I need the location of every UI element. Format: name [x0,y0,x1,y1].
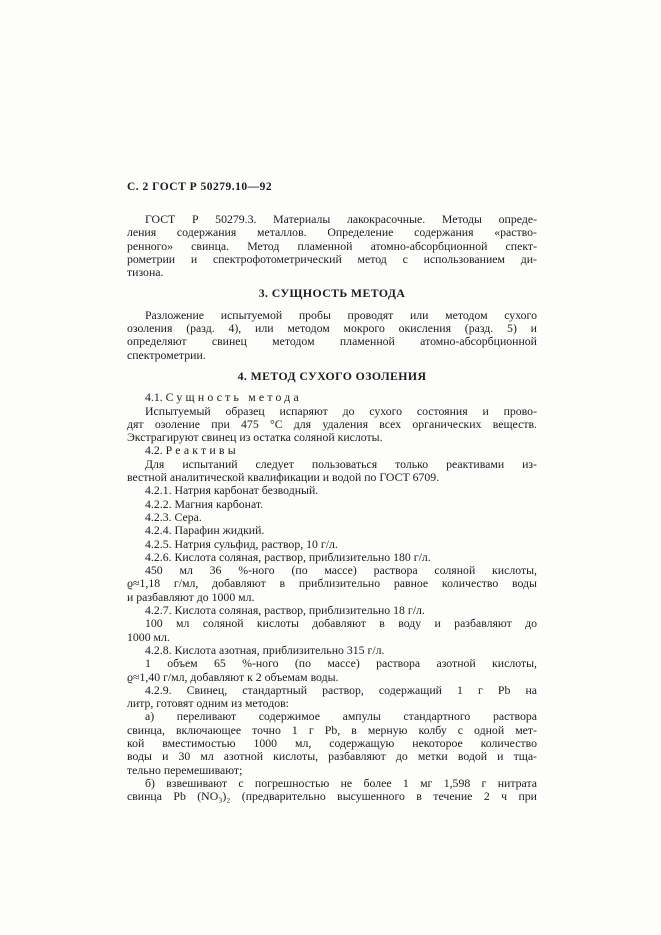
text-line: 4.2.8. Кислота азотная, приблизительно 3… [127,644,537,657]
text-line: воды и 30 мл азотной кислоты, разбавляют… [127,750,537,763]
reagent-item-423: 4.2.3. Сера. [127,511,537,524]
text-line: спектрометрии. [127,349,537,362]
section-3-body: Разложение испытуемой пробы проводят или… [127,309,537,362]
text-line: Для испытаний следует пользоваться тольк… [127,458,537,471]
clause-4-1-number: 4.1. [145,390,163,404]
scanned-document-page: { "document": { "page_header": "С. 2 ГОС… [0,0,661,935]
text-line: тельно перемешивают; [127,764,537,777]
text-line: тизона. [127,266,537,279]
text-line: ления содержания металлов. Определение с… [127,226,537,239]
reagent-note-427: 100 мл соляной кислоты добавляют в воду … [127,617,537,644]
text-line: 4.2.4. Парафин жидкий. [127,524,537,537]
text-line: рометрии и спектрофотометрический метод … [127,253,537,266]
text-line: ренного» свинца. Метод пламенной атомно-… [127,240,537,253]
text-line: свинца Pb (NO₃)₂ (предварительно высушен… [127,790,537,803]
text-line: б) взвешивают с погрешностью не более 1 … [127,777,537,790]
text-line: 4.2.5. Натрия сульфид, раствор, 10 г/л. [127,538,537,551]
text-line: 100 мл соляной кислоты добавляют в воду … [127,617,537,630]
text-line: Экстрагируют свинец из остатка соляной к… [127,431,537,444]
reagent-item-422: 4.2.2. Магния карбонат. [127,498,537,511]
clause-4-1-heading: 4.1. Сущность метода [127,391,537,404]
clause-4-2-body: Для испытаний следует пользоваться тольк… [127,458,537,485]
clause-4-2-number: 4.2. [145,443,163,457]
reagent-item-421: 4.2.1. Натрия карбонат безводный. [127,484,537,497]
text-line: и разбавляют до 1000 мл. [127,591,537,604]
intro-paragraph: ГОСТ Р 50279.3. Материалы лакокрасочные.… [127,213,537,279]
text-line: определяют свинец методом пламенной атом… [127,335,537,348]
clause-4-2-title: Реактивы [166,443,239,457]
text-line: Разложение испытуемой пробы проводят или… [127,309,537,322]
clause-4-2-heading: 4.2. Реактивы [127,444,537,457]
text-line: вестной аналитической квалификации и вод… [127,471,537,484]
text-line: ϱ≈1,18 г/мл, добавляют в приблизительно … [127,577,537,590]
text-line: литр, готовят одним из методов: [127,697,537,710]
text-line: 450 мл 36 %-ного (по массе) раствора сол… [127,564,537,577]
text-line: 4.2.6. Кислота соляная, раствор, приблиз… [127,551,537,564]
text-line: озоления (разд. 4), или методом мокрого … [127,322,537,335]
reagent-item-425: 4.2.5. Натрия сульфид, раствор, 10 г/л. [127,538,537,551]
reagent-item-428: 4.2.8. Кислота азотная, приблизительно 3… [127,644,537,657]
text-line: Испытуемый образец испаряют до сухого со… [127,405,537,418]
reagent-note-428: 1 объем 65 %-ного (по массе) раствора аз… [127,657,537,684]
reagent-item-429b: б) взвешивают с погрешностью не более 1 … [127,777,537,804]
text-line: свинца, включающее точно 1 г Pb, в мерну… [127,724,537,737]
text-line: 1000 мл. [127,631,537,644]
section-4-heading: 4. МЕТОД СУХОГО ОЗОЛЕНИЯ [127,370,537,383]
text-line: 4.2.1. Натрия карбонат безводный. [127,484,537,497]
clause-4-1-title: Сущность метода [166,390,302,404]
text-line: 4.2.3. Сера. [127,511,537,524]
text-line: 4.2.7. Кислота соляная, раствор, приблиз… [127,604,537,617]
reagent-item-424: 4.2.4. Парафин жидкий. [127,524,537,537]
text-line: а) переливают содержимое ампулы стандарт… [127,710,537,723]
document-page: С. 2 ГОСТ Р 50279.10—92 ГОСТ Р 50279.3. … [127,181,537,803]
text-line: кой вместимостью 1000 мл, содержащую нек… [127,737,537,750]
text-line: 1 объем 65 %-ного (по массе) раствора аз… [127,657,537,670]
text-line: дят озоление при 475 °С для удаления все… [127,418,537,431]
reagent-item-429: 4.2.9. Свинец, стандартный раствор, соде… [127,684,537,711]
reagent-item-427: 4.2.7. Кислота соляная, раствор, приблиз… [127,604,537,617]
text-line: 4.2.9. Свинец, стандартный раствор, соде… [127,684,537,697]
page-header: С. 2 ГОСТ Р 50279.10—92 [127,181,537,193]
reagent-item-429a: а) переливают содержимое ампулы стандарт… [127,710,537,776]
text-line: ϱ≈1,40 г/мл, добавляют к 2 объемам воды. [127,671,537,684]
text-line: ГОСТ Р 50279.3. Материалы лакокрасочные.… [127,213,537,226]
reagent-item-426: 4.2.6. Кислота соляная, раствор, приблиз… [127,551,537,564]
reagent-note-426: 450 мл 36 %-ного (по массе) раствора сол… [127,564,537,604]
section-3-heading: 3. СУЩНОСТЬ МЕТОДА [127,287,537,300]
text-line: 4.2.2. Магния карбонат. [127,498,537,511]
clause-4-1-body: Испытуемый образец испаряют до сухого со… [127,405,537,445]
